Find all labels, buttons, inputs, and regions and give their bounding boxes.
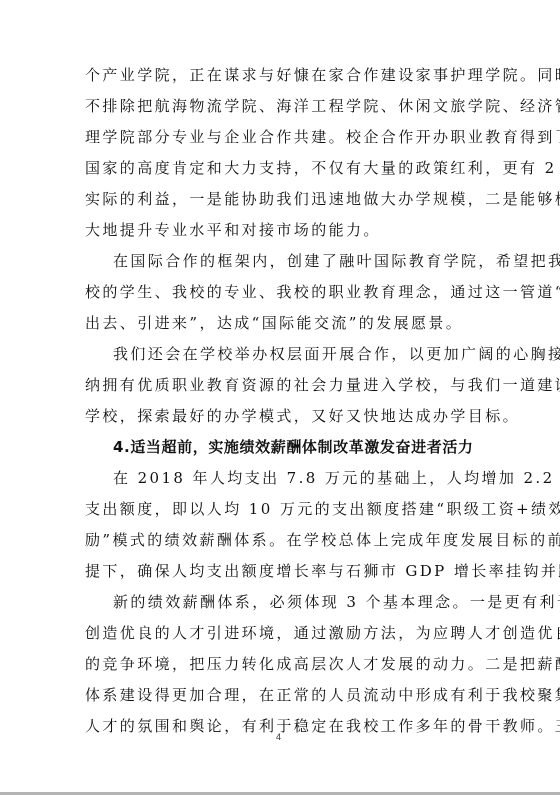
text-line: 学校，探索最好的办学模式，又好又快地达成办学目标。: [85, 401, 477, 432]
paragraph-start-line: 在国际合作的框架内，创建了融叶国际教育学院，希望把我: [85, 246, 477, 277]
text-line: 不排除把航海物流学院、海洋工程学院、休闲文旅学院、经济管: [85, 91, 477, 122]
text-line: 实际的利益，一是能协助我们迅速地做大办学规模，二是能够极: [85, 184, 477, 215]
text-line: 理学院部分专业与企业合作共建。校企合作开办职业教育得到了: [85, 122, 477, 153]
body-text: 个产业学院，正在谋求与好慷在家合作建设家事护理学院。同时， 不排除把航海物流学院…: [85, 60, 477, 742]
page-number: 4: [276, 732, 281, 742]
text-line: 支出额度，即以人均 10 万元的支出额度搭建“职级工资+绩效奖: [85, 494, 477, 525]
text-line: 提下，确保人均支出额度增长率与石狮市 GDP 增长率挂钩并跑赢。: [85, 556, 477, 587]
text-line: 创造优良的人才引进环境，通过激励方法，为应聘人才创造优良: [85, 618, 477, 649]
text-line: 的竞争环境，把压力转化成高层次人才发展的动力。二是把薪酬: [85, 649, 477, 680]
paragraph-start-line: 新的绩效薪酬体系，必须体现 3 个基本理念。一是更有利于: [85, 587, 477, 618]
document-page: 个产业学院，正在谋求与好慷在家合作建设家事护理学院。同时， 不排除把航海物流学院…: [0, 0, 560, 792]
text-line: 体系建设得更加合理，在正常的人员流动中形成有利于我校聚集: [85, 680, 477, 711]
text-line: 大地提升专业水平和对接市场的能力。: [85, 215, 477, 246]
text-line: 校的学生、我校的专业、我校的职业教育理念，通过这一管道“走: [85, 277, 477, 308]
section-heading: 4.适当超前，实施绩效薪酬体制改革激发奋进者活力: [85, 432, 477, 463]
paragraph-start-line: 在 2018 年人均支出 7.8 万元的基础上，人均增加 2.2 万元: [85, 463, 477, 494]
paragraph-start-line: 我们还会在学校举办权层面开展合作，以更加广阔的心胸接: [85, 339, 477, 370]
text-line: 出去、引进来”，达成“国际能交流”的发展愿景。: [85, 308, 477, 339]
text-line: 纳拥有优质职业教育资源的社会力量进入学校，与我们一道建设: [85, 370, 477, 401]
text-line: 国家的高度肯定和大力支持，不仅有大量的政策红利，更有 2 个: [85, 153, 477, 184]
text-line: 励”模式的绩效薪酬体系。在学校总体上完成年度发展目标的前: [85, 525, 477, 556]
text-line: 个产业学院，正在谋求与好慷在家合作建设家事护理学院。同时，: [85, 60, 477, 91]
